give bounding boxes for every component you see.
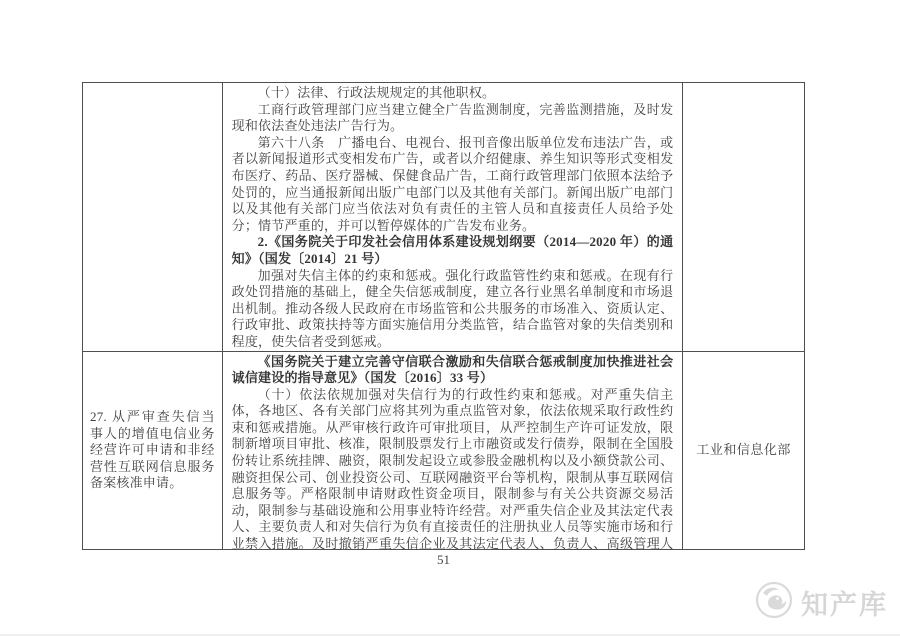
table-row: （十）法律、行政法规规定的其他职权。 工商行政管理部门应当建立健全广告监测制度，… — [83, 83, 804, 352]
watermark-text: 知产库 — [801, 583, 888, 622]
table-row: 27. 从严审查失信当事人的增值电信业务经营许可申请和非经营性互联网信息服务备案… — [83, 352, 804, 550]
legal-basis-cell: 《国务院关于建立完善守信联合激励和失信联合惩戒制度加快推进社会诚信建设的指导意见… — [223, 352, 684, 550]
department-cell-empty — [683, 83, 804, 351]
basis-paragraph: （十）法律、行政法规规定的其他职权。 — [232, 85, 674, 102]
bird-logo-icon — [751, 579, 797, 626]
page-number: 51 — [82, 552, 805, 568]
legal-basis-cell: （十）法律、行政法规规定的其他职权。 工商行政管理部门应当建立健全广告监测制度，… — [223, 83, 684, 351]
basis-document-title: 2.《国务院关于印发社会信用体系建设规划纲要（2014—2020 年）的通知》（… — [232, 234, 674, 267]
watermark: 知产库 — [751, 579, 888, 626]
measure-cell-27: 27. 从严审查失信当事人的增值电信业务经营许可申请和非经营性互联网信息服务备案… — [83, 352, 223, 550]
measures-table: （十）法律、行政法规规定的其他职权。 工商行政管理部门应当建立健全广告监测制度，… — [82, 82, 805, 550]
department-cell: 工业和信息化部 — [683, 352, 804, 550]
measure-text: 27. 从严审查失信当事人的增值电信业务经营许可申请和非经营性互联网信息服务备案… — [90, 409, 215, 492]
basis-paragraph: 工商行政管理部门应当建立健全广告监测制度，完善监测措施，及时发现和依法查处违法广… — [232, 102, 674, 135]
basis-document-title: 《国务院关于建立完善守信联合激励和失信联合惩戒制度加快推进社会诚信建设的指导意见… — [232, 354, 674, 387]
basis-paragraph: 第六十八条 广播电台、电视台、报刊音像出版单位发布违法广告，或者以新闻报道形式变… — [232, 135, 674, 235]
department-text: 工业和信息化部 — [696, 442, 791, 459]
basis-paragraph: （十）依法依规加强对失信行为的行政性约束和惩戒。对严重失信主体，各地区、各有关部… — [232, 387, 674, 550]
basis-paragraph: 加强对失信主体的约束和惩戒。强化行政监管性约束和惩戒。在现有行政处罚措施的基础上… — [232, 268, 674, 351]
measure-cell-empty — [83, 83, 223, 351]
